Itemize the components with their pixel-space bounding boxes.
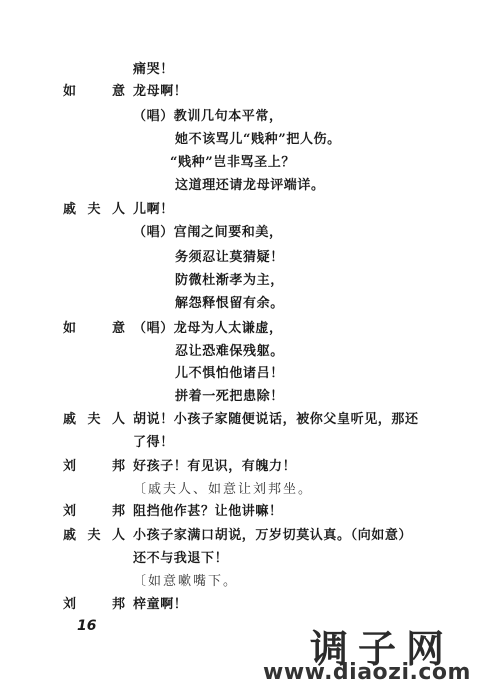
script-line: 如意龙母啊！	[0, 81, 478, 103]
speaker-char: 夫	[87, 199, 100, 221]
script-line: 刘邦阻挡他作甚？让他讲嘛！	[0, 501, 478, 523]
dialogue-text: 她不该骂儿“贱种”把人伤。	[175, 129, 341, 151]
script-line: 她不该骂儿“贱种”把人伤。	[0, 129, 478, 151]
speaker-name: 戚夫人	[63, 409, 125, 431]
speaker-name: 如意	[63, 81, 125, 103]
script-line: 痛哭！	[0, 59, 478, 81]
dialogue-text: 解怨释恨留有余。	[175, 293, 284, 315]
speaker-char: 戚	[63, 409, 76, 431]
page-number: 16	[77, 618, 96, 634]
dialogue-text: （唱）龙母为人太谦虚，	[133, 318, 283, 340]
dialogue-text: 梓童啊！	[133, 594, 187, 616]
speaker-name: 戚夫人	[63, 199, 125, 221]
script-line: 忍让恐难保残躯。	[0, 341, 478, 363]
speaker-char: 戚	[63, 525, 76, 547]
stage-direction: 〔如意嗽嘴下。	[133, 571, 238, 593]
dialogue-text: 还不与我退下！	[133, 548, 228, 570]
speaker-char: 邦	[112, 456, 125, 478]
speaker-char: 刘	[63, 594, 76, 616]
speaker-char: 意	[112, 318, 125, 340]
dialogue-text: 胡说！小孩子家随便说话，被你父皇听见，那还	[133, 409, 419, 431]
speaker-char: 人	[112, 199, 125, 221]
script-line: “贱种”岂非骂圣上？	[0, 152, 478, 174]
dialogue-text: 务须忍让莫猜疑！	[175, 247, 284, 269]
script-line: 拼着一死把患除！	[0, 386, 478, 408]
speaker-name: 刘邦	[63, 594, 125, 616]
script-line: 刘邦好孩子！有见识，有魄力！	[0, 456, 478, 478]
script-line: 戚夫人儿啊！	[0, 199, 478, 221]
speaker-name: 如意	[63, 318, 125, 340]
script-line: （唱）教训几句本平常，	[0, 106, 478, 128]
script-line: 刘邦梓童啊！	[0, 594, 478, 616]
dialogue-text: 阻挡他作甚？让他讲嘛！	[133, 501, 283, 523]
script-line: 戚夫人小孩子家满口胡说，万岁切莫认真。（向如意）	[0, 525, 478, 547]
dialogue-text: “贱种”岂非骂圣上？	[170, 152, 295, 174]
speaker-char: 意	[112, 81, 125, 103]
dialogue-text: 痛哭！	[133, 59, 174, 81]
dialogue-text: 小孩子家满口胡说，万岁切莫认真。（向如意）	[133, 525, 412, 547]
dialogue-text: 防微杜渐孝为主，	[175, 270, 284, 292]
document-page: 痛哭！如意龙母啊！（唱）教训几句本平常，她不该骂儿“贱种”把人伤。“贱种”岂非骂…	[0, 0, 478, 690]
script-line: 如意（唱）龙母为人太谦虚，	[0, 318, 478, 340]
script-line: 〔如意嗽嘴下。	[0, 571, 478, 593]
dialogue-text: 了得！	[133, 432, 174, 454]
script-line: 解怨释恨留有余。	[0, 293, 478, 315]
dialogue-text: 这道理还请龙母评端详。	[175, 175, 325, 197]
speaker-char: 夫	[87, 409, 100, 431]
dialogue-text: （唱）教训几句本平常，	[133, 106, 283, 128]
speaker-char: 夫	[87, 525, 100, 547]
speaker-name: 刘邦	[63, 501, 125, 523]
dialogue-text: 儿不惧怕他诸吕！	[175, 363, 284, 385]
speaker-char: 人	[112, 409, 125, 431]
speaker-char: 人	[112, 525, 125, 547]
dialogue-text: 儿啊！	[133, 199, 174, 221]
watermark-url: www.diaozi.com	[263, 660, 471, 685]
dialogue-text: 好孩子！有见识，有魄力！	[133, 456, 296, 478]
script-line: 这道理还请龙母评端详。	[0, 175, 478, 197]
speaker-char: 如	[63, 81, 76, 103]
speaker-char: 如	[63, 318, 76, 340]
dialogue-text: 龙母啊！	[133, 81, 187, 103]
dialogue-text: 拼着一死把患除！	[175, 386, 284, 408]
speaker-char: 邦	[112, 501, 125, 523]
script-line: 防微杜渐孝为主，	[0, 270, 478, 292]
script-line: 还不与我退下！	[0, 548, 478, 570]
script-line: （唱）宫闱之间要和美，	[0, 222, 478, 244]
speaker-name: 刘邦	[63, 456, 125, 478]
dialogue-text: 忍让恐难保残躯。	[175, 341, 284, 363]
speaker-char: 戚	[63, 199, 76, 221]
dialogue-text: （唱）宫闱之间要和美，	[133, 222, 283, 244]
speaker-char: 邦	[112, 594, 125, 616]
script-line: 〔戚夫人、如意让刘邦坐。	[0, 479, 478, 501]
stage-direction: 〔戚夫人、如意让刘邦坐。	[133, 479, 313, 501]
script-line: 务须忍让莫猜疑！	[0, 247, 478, 269]
speaker-name: 戚夫人	[63, 525, 125, 547]
script-line: 戚夫人胡说！小孩子家随便说话，被你父皇听见，那还	[0, 409, 478, 431]
script-line: 儿不惧怕他诸吕！	[0, 363, 478, 385]
speaker-char: 刘	[63, 456, 76, 478]
script-line: 了得！	[0, 432, 478, 454]
speaker-char: 刘	[63, 501, 76, 523]
